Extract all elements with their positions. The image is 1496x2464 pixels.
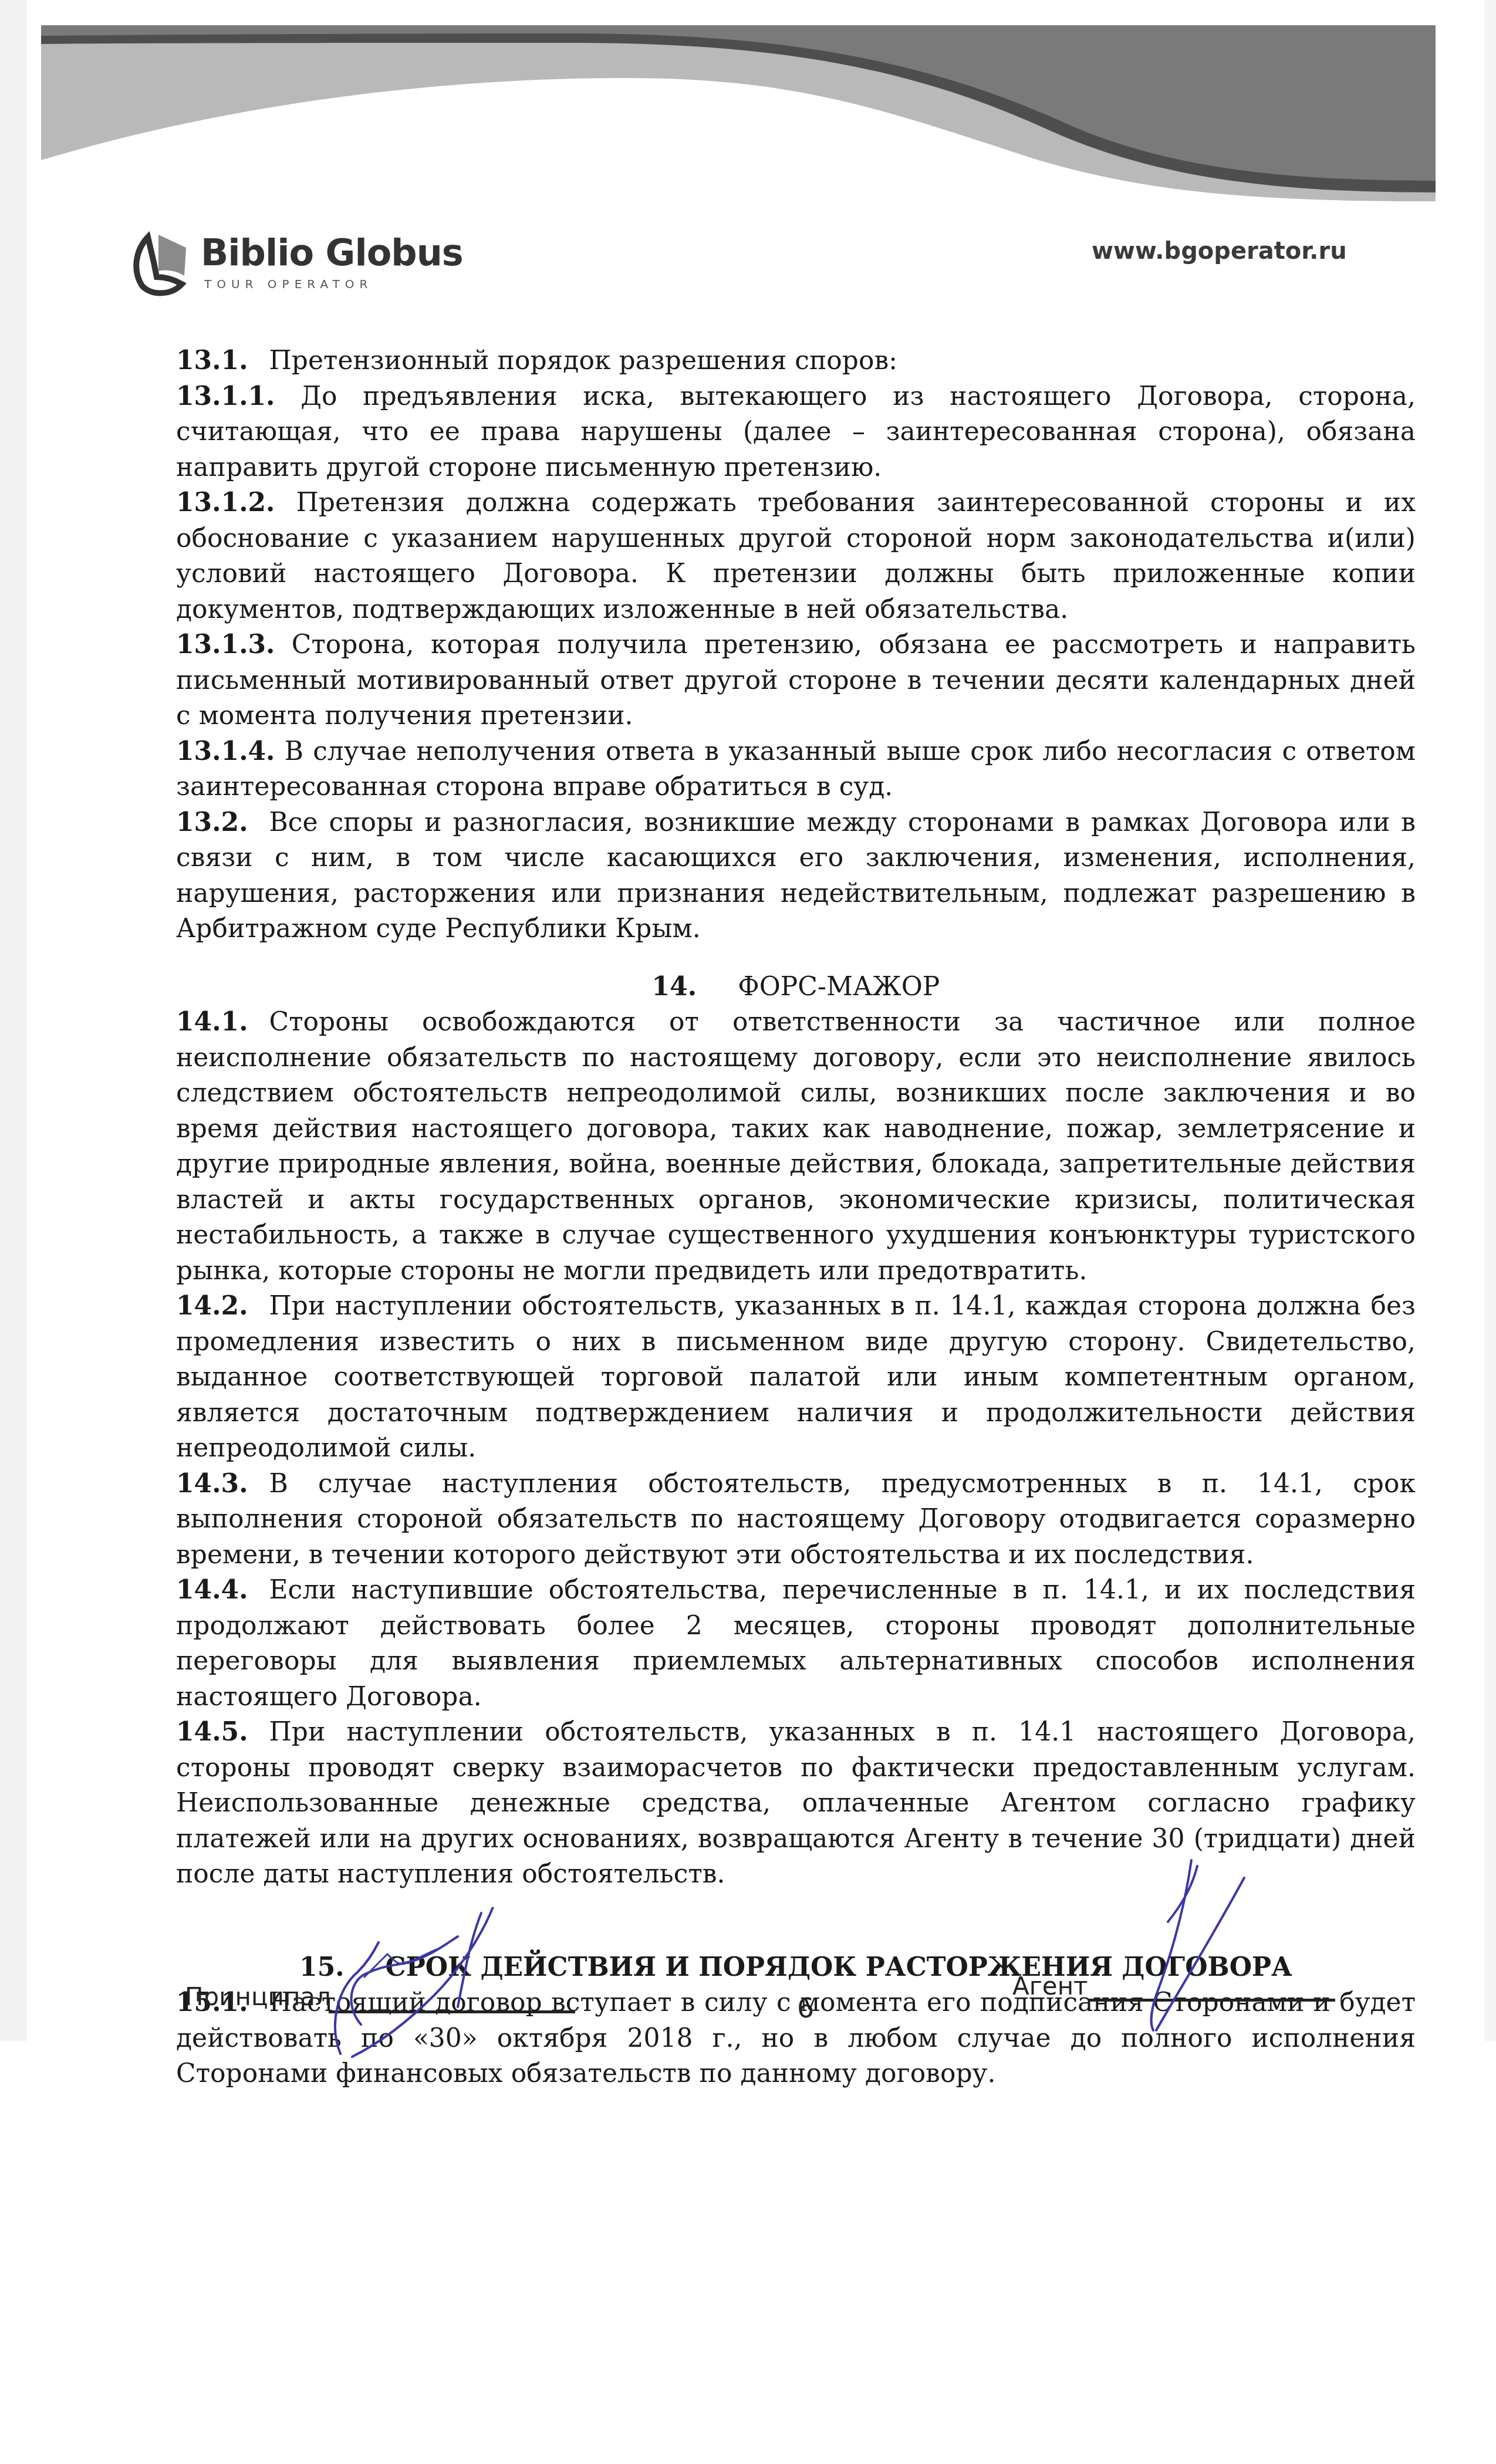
- agent-label: Агент: [1012, 1972, 1088, 2000]
- document-body: 13.1.Претензионный порядок разрешения сп…: [176, 343, 1416, 2092]
- clause-number: 14.3.: [176, 1469, 248, 1499]
- page-number: 6: [797, 1992, 814, 2024]
- brand-name: Biblio Globus: [201, 231, 463, 274]
- clause-13-1-1: 13.1.1. До предъявления иска, вытекающег…: [176, 379, 1416, 486]
- biblio-globus-logo-icon: [130, 230, 195, 298]
- clause-14-4: 14.4.Если наступившие обстоятельства, пе…: [176, 1573, 1416, 1715]
- clause-number: 13.1.3.: [176, 630, 275, 660]
- clause-text: Претензионный порядок разрешения споров:: [269, 346, 897, 376]
- agent-signature-icon: [1103, 1854, 1279, 2042]
- scanned-page: Biblio Globus TOUR OPERATOR www.bgoperat…: [0, 0, 1496, 2041]
- clause-text: Стороны освобождаются от ответственности…: [176, 1007, 1416, 1286]
- section-heading-14: 14.ФОРС-МАЖОР: [176, 969, 1416, 1005]
- clause-number: 13.2.: [176, 807, 248, 837]
- scan-right-margin: [1485, 0, 1496, 2041]
- clause-number: 14.5.: [176, 1717, 248, 1747]
- clause-text: До предъявления иска, вытекающего из нас…: [176, 381, 1416, 482]
- clause-number: 13.1.4.: [176, 736, 275, 766]
- clause-13-2: 13.2.Все споры и разногласия, возникшие …: [176, 805, 1416, 947]
- brand-tagline: TOUR OPERATOR: [204, 277, 373, 291]
- clause-text: Если наступившие обстоятельства, перечис…: [176, 1575, 1416, 1712]
- scan-left-margin: [0, 0, 27, 2041]
- clause-14-1: 14.1.Стороны освобождаются от ответствен…: [176, 1005, 1416, 1289]
- clause-number: 13.1.2.: [176, 488, 275, 518]
- clause-13-1: 13.1.Претензионный порядок разрешения сп…: [176, 343, 1416, 379]
- clause-text: Претензия должна содержать требования за…: [176, 488, 1416, 624]
- section-number: 14.: [652, 969, 697, 1005]
- clause-text: В случае наступления обстоятельств, пред…: [176, 1469, 1416, 1570]
- clause-text: Сторона, которая получила претензию, обя…: [176, 630, 1416, 731]
- clause-number: 14.2.: [176, 1291, 248, 1321]
- clause-number: 13.1.: [176, 346, 248, 376]
- clause-13-1-2: 13.1.2. Претензия должна содержать требо…: [176, 485, 1416, 627]
- brand-logo: Biblio Globus TOUR OPERATOR: [130, 230, 482, 298]
- principal-signature-icon: [305, 1907, 587, 2060]
- clause-number: 13.1.1.: [176, 381, 275, 411]
- clause-text: В случае неполучения ответа в указанный …: [176, 736, 1416, 802]
- header-wave-band: [41, 25, 1436, 201]
- website-url[interactable]: www.bgoperator.ru: [1092, 238, 1347, 265]
- clause-text: При наступлении обстоятельств, указанных…: [176, 1291, 1416, 1463]
- clause-14-3: 14.3.В случае наступления обстоятельств,…: [176, 1466, 1416, 1573]
- clause-number: 14.1.: [176, 1007, 248, 1037]
- clause-text: Все споры и разногласия, возникшие между…: [176, 807, 1416, 944]
- section-title: ФОРС-МАЖОР: [738, 972, 940, 1002]
- clause-14-2: 14.2.При наступлении обстоятельств, указ…: [176, 1289, 1416, 1466]
- clause-number: 14.4.: [176, 1575, 248, 1605]
- clause-13-1-3: 13.1.3. Сторона, которая получила претен…: [176, 627, 1416, 734]
- clause-13-1-4: 13.1.4. В случае неполучения ответа в ук…: [176, 734, 1416, 805]
